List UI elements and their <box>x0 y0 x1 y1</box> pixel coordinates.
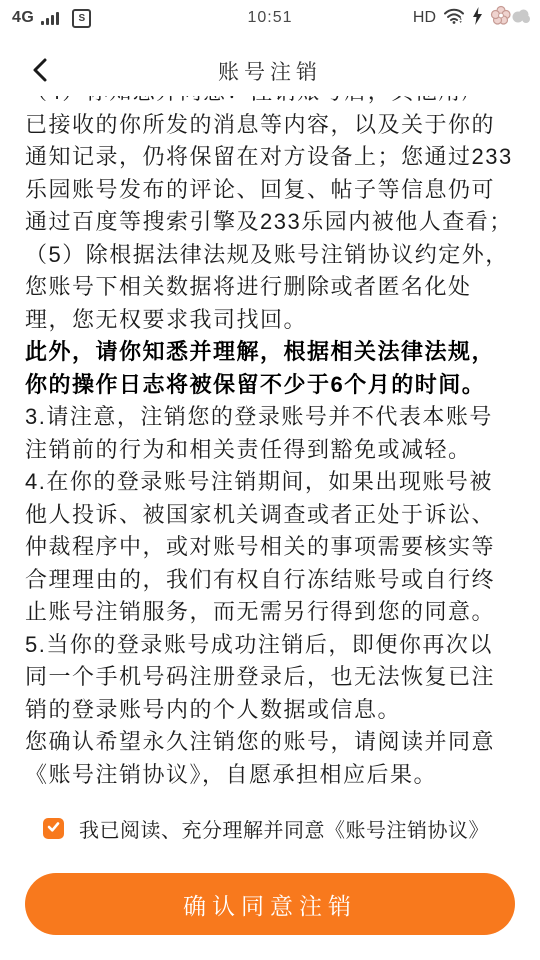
terms-text-line: 3.请注意，注销您的登录账号并不代表本账号 <box>25 401 518 434</box>
page-title: 账号注销 <box>0 56 540 86</box>
status-bar: 4G S 10:51 HD <box>0 0 540 36</box>
terms-text-line: 仲裁程序中，或对账号相关的事项需要核实等 <box>25 531 518 564</box>
terms-text-line: 通知记录，仍将保留在对方设备上；您通过233 <box>25 141 518 174</box>
terms-text-line: 同一个手机号码注册登录后，也无法恢复已注 <box>25 661 518 694</box>
signal-bars-icon <box>41 11 59 25</box>
terms-text-line: 此外，请你知悉并理解，根据相关法律法规， <box>25 336 518 369</box>
network-type-label: 4G <box>12 9 34 27</box>
terms-text-line: 您确认希望永久注销您的账号，请阅读并同意 <box>25 726 518 759</box>
flower-battery-icon <box>490 5 530 32</box>
terms-text-line: 他人投诉、被国家机关调查或者正处于诉讼、 <box>25 499 518 532</box>
account-cancellation-screen: 4G S 10:51 HD <box>0 0 540 960</box>
charging-bolt-icon <box>472 7 483 30</box>
header: 账号注销 <box>0 44 540 98</box>
check-icon <box>46 819 61 837</box>
terms-text-line: 理，您无权要求我司找回。 <box>25 304 518 337</box>
terms-text-line: 4.在你的登录账号注销期间，如果出现账号被 <box>25 466 518 499</box>
status-right-group: HD <box>413 5 530 32</box>
terms-text-line: 《账号注销协议》，自愿承担相应后果。 <box>25 759 518 792</box>
agreement-label: 我已阅读、充分理解并同意《账号注销协议》 <box>79 814 489 843</box>
terms-text-line: 注销前的行为和相关责任得到豁免或减轻。 <box>25 434 518 467</box>
terms-text-line: 乐园账号发布的评论、回复、帖子等信息仍可 <box>25 174 518 207</box>
terms-text-line: 止账号注销服务，而无需另行得到您的同意。 <box>25 596 518 629</box>
terms-text-line: 通过百度等搜索引擎及233乐园内被他人查看； <box>25 206 518 239</box>
terms-text-line: 已接收的你所发的消息等内容，以及关于你的 <box>25 109 518 142</box>
sim-s-badge-icon: S <box>72 9 91 28</box>
terms-text-line: 销的登录账号内的个人数据或信息。 <box>25 694 518 727</box>
status-left-group: 4G S <box>12 9 91 28</box>
agreement-row: 我已阅读、充分理解并同意《账号注销协议》 <box>43 814 515 842</box>
agreement-checkbox[interactable] <box>43 818 64 839</box>
terms-text-line: 5.当你的登录账号成功注销后，即便你再次以 <box>25 629 518 662</box>
terms-text-line: 合理理由的，我们有权自行冻结账号或自行终 <box>25 564 518 597</box>
confirm-cancellation-button[interactable]: 确认同意注销 <box>25 873 515 935</box>
terms-text-line: 你的操作日志将被保留不少于6个月的时间。 <box>25 369 518 402</box>
terms-text-line: 您账号下相关数据将进行删除或者匿名化处 <box>25 271 518 304</box>
terms-text-line: （4）你知悉并同意：注销账号后，其他用户 <box>25 96 518 109</box>
terms-text-line: （5）除根据法律法规及账号注销协议约定外， <box>25 239 518 272</box>
terms-text-area[interactable]: （4）你知悉并同意：注销账号后，其他用户 已接收的你所发的消息等内容，以及关于你… <box>25 96 518 792</box>
agreement-link[interactable]: 《账号注销协议》 <box>325 820 489 842</box>
hd-volte-label: HD <box>413 9 436 27</box>
wifi-icon <box>443 7 465 30</box>
